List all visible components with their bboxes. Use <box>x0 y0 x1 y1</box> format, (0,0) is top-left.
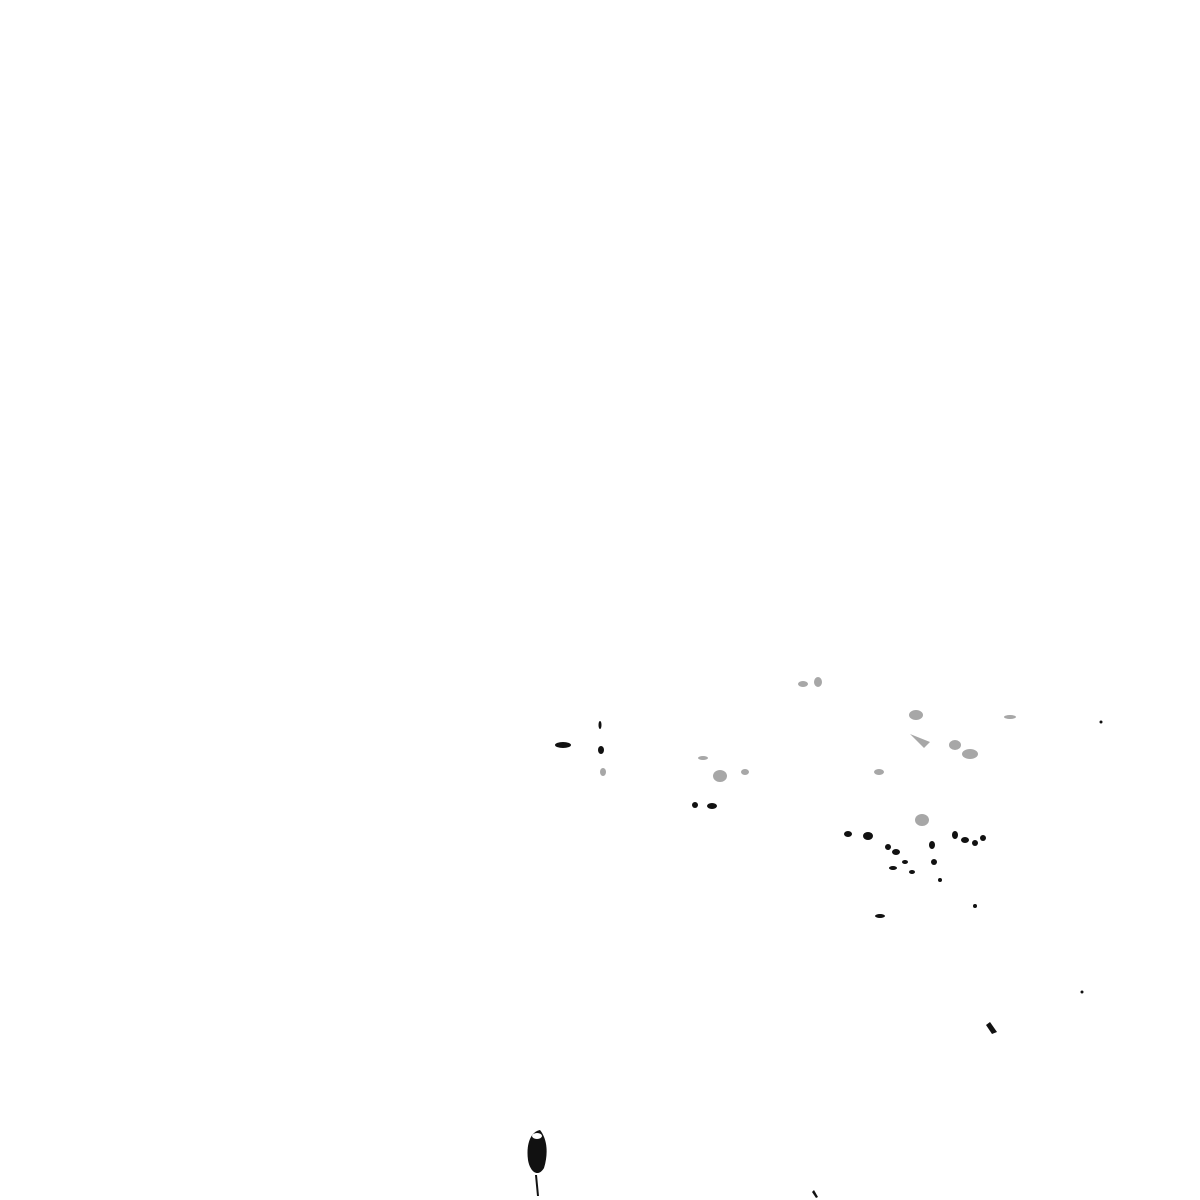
image-canvas <box>0 0 1200 1200</box>
